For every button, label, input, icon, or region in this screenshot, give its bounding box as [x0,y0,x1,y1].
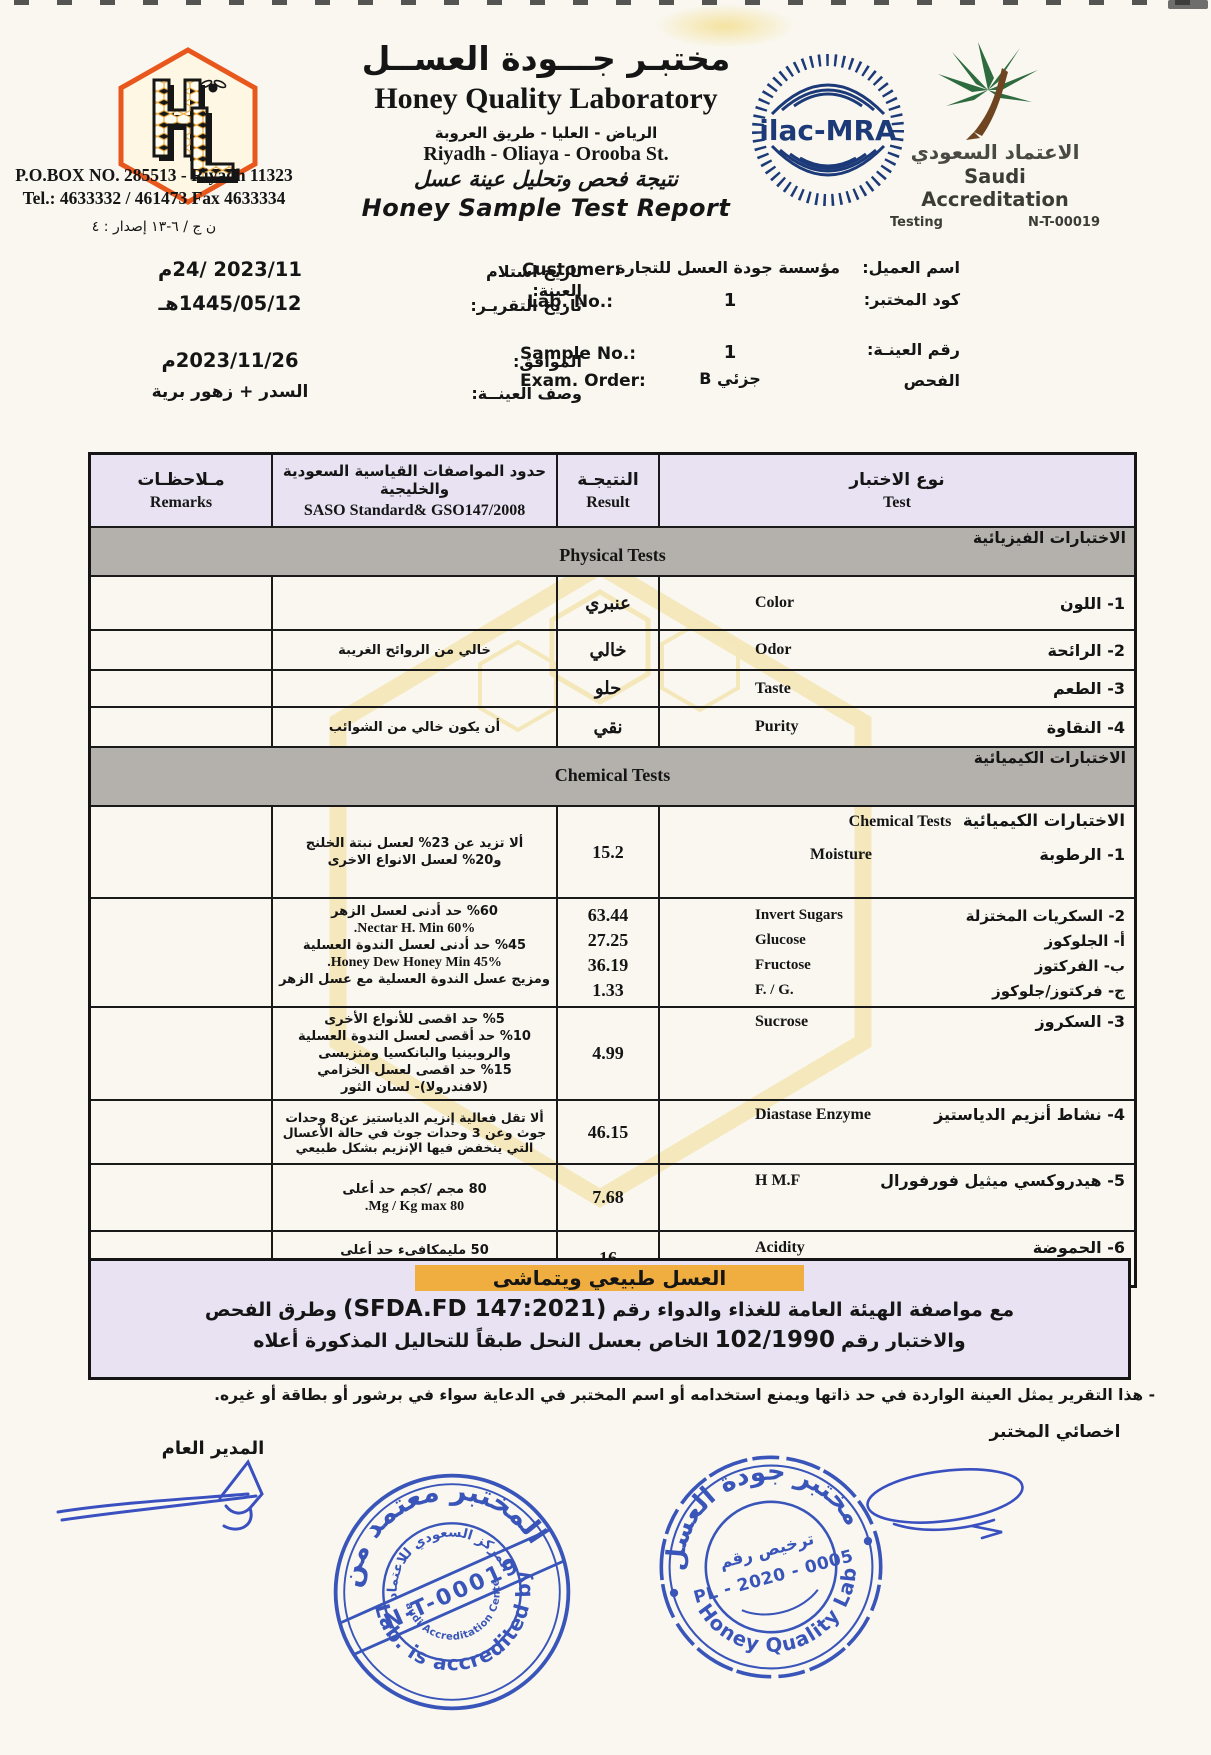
table-row-hmf: 5- هيدروكسي ميثيل فورفورال H M.F 7.68 80… [91,1165,1134,1232]
physical-tests-section-band: الاختبارات الفيزيائية Physical Tests [91,528,1134,577]
table-row-moisture: الاختبارات الكيميائية Chemical Tests 1- … [91,807,1134,899]
sac-label-arabic: الاعتماد السعودي [888,140,1102,164]
street-address-english: Riyadh - Oliaya - Orooba St. [296,143,796,166]
remarks-cell [91,1165,271,1230]
chemical-tests-heading: الاختبارات الكيميائية Chemical Tests [660,811,1134,833]
lab-specialist-label: اخصائي المختبر [980,1422,1130,1442]
conclusion-line-test-number: والاختبار رقم102/1990الخاص بعسل النحل طب… [91,1327,1128,1353]
tel-line: Tel.: 4633332 / 461473 Fax 4633334 [12,187,296,210]
report-date-label: تاريخ التقريـر: [436,296,582,315]
lab-no-value: 1 [618,290,842,311]
street-address-arabic: الرياض - العليا - طريق العروبة [296,124,796,142]
lab-address-block: P.O.BOX NO. 285513 - Riyadh 11323 Tel.: … [12,164,296,235]
sample-desc-value: السدر + زهور برية [132,382,328,402]
remarks-cell [91,671,271,706]
header-title-block: مختبـر جـــودة العســل Honey Quality Lab… [296,38,796,222]
lab-title-english: Honey Quality Laboratory [296,81,796,117]
exam-order-label-ar: الفحص [838,371,960,390]
conclusion-box: العسل طبيعي ويتماشى مع مواصفة الهيئة الع… [88,1258,1131,1380]
table-row-odor: 2- الرائحة Odor خالي خالي من الروائح الغ… [91,631,1134,671]
corresponding-date-value: 2023/11/26م [132,349,328,372]
lab-title-arabic: مختبـر جـــودة العســل [296,38,796,80]
customer-value: مؤسسة جودة العسل للتجارة [598,258,858,277]
lab-no-label-ar: كود المختبر: [838,290,960,309]
sample-no-label-ar: رقم العينـة: [838,340,960,359]
remarks-cell [91,631,271,669]
table-row-color: 1- اللون Color عنبري [91,577,1134,631]
report-date-value: 1445/05/12هـ [132,292,328,315]
pobox-line: P.O.BOX NO. 285513 - Riyadh 11323 [12,164,296,187]
header-cell-result: النتيجـة Result [556,455,658,526]
report-title-english: Honey Sample Test Report [296,194,796,222]
table-row-taste: 3- الطعم Taste حلو [91,671,1134,708]
report-page: { "header": { "pobox": "P.O.BOX NO. 2855… [0,0,1211,1755]
exam-order-value: جزئي B [618,369,842,388]
remarks-cell [91,1101,271,1163]
sac-accreditation-number: N-T-00019 [1028,215,1100,230]
header-cell-remarks: مـلاحظـات Remarks [91,455,271,526]
accreditation-stamp: المختبر معتمد من Lab. is accredited by ا… [302,1442,603,1743]
chemical-tests-section-band: الاختبارات الكيميائية Chemical Tests [91,748,1134,807]
report-subtitle-arabic: نتيجة فحص وتحليل عينة عسل [296,167,796,191]
sac-label-english: Saudi Accreditation [888,165,1102,211]
manager-signature [52,1450,302,1560]
table-row-purity: 4- النقاوة Purity نقي أن يكون خالي من ال… [91,708,1134,748]
saudi-accreditation-text-block: الاعتماد السعودي Saudi Accreditation Tes… [888,140,1102,230]
saudi-accreditation-logo-icon [928,40,1048,142]
sac-testing-label: Testing [890,215,943,230]
sample-no-value: 1 [618,342,842,363]
remarks-cell [91,577,271,629]
conclusion-line-sfda: مع مواصفة الهيئة العامة للغذاء والدواء ر… [91,1296,1128,1322]
table-header-row: نوع الاختبار Test النتيجـة Result حدود ا… [91,455,1134,528]
disclaimer-note: - هذا التقرير يمثل العينة الواردة في حد … [55,1386,1155,1404]
remarks-cell [91,899,271,1006]
corresponding-date-label: الموافق: [436,352,582,371]
scan-artifact-corner [1168,0,1208,9]
scan-artifact-top [14,0,1194,5]
remarks-cell [91,807,271,897]
sample-desc-label: وصف العينــة: [436,384,582,403]
customer-label-ar: اسم العميل: [838,258,960,277]
table-row-sucrose: 3- السكروز Sucrose 4.99 %5 حد اقصى للأنو… [91,1008,1134,1101]
remarks-cell [91,708,271,746]
header-cell-standard: حدود المواصفات القياسية السعودية والخليج… [271,455,556,526]
results-table: نوع الاختبار Test النتيجـة Result حدود ا… [88,452,1137,1288]
table-row-diastase: 4- نشاط أنزيم الدياستيز Diastase Enzyme … [91,1101,1134,1165]
issue-note: ن ج / ٦-١٣ إصدار : ٤ [12,219,296,235]
header-cell-test: نوع الاختبار Test [658,455,1134,526]
receipt-date-value: 2023/11 /24م [132,258,328,281]
receipt-date-label: تاريخ استلام العينة: [436,262,582,300]
table-row-invert-sugars: 2- السكريات المختزلةInvert Sugars أ- الج… [91,899,1134,1008]
conclusion-title: العسل طبيعي ويتماشى [415,1265,804,1291]
remarks-cell [91,1008,271,1099]
